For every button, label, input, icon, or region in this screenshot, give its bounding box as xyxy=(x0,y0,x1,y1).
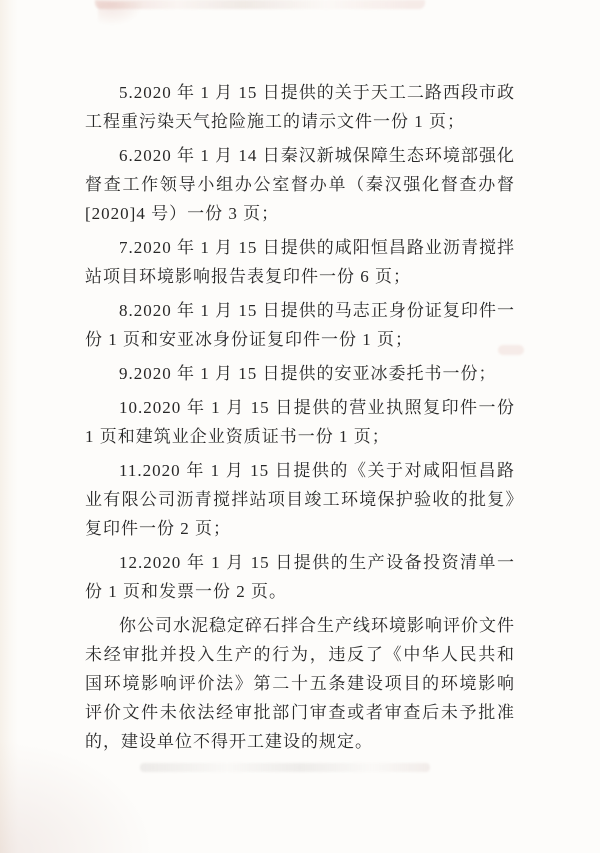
document-body: 5.2020 年 1 月 15 日提供的关于天工二路西段市政工程重污染天气抢险施… xyxy=(85,78,515,761)
scan-artifact-top-edge xyxy=(95,0,425,9)
paragraph-item-6: 6.2020 年 1 月 14 日秦汉新城保障生态环境部强化督查工作领导小组办公… xyxy=(85,141,515,228)
paragraph-item-12: 12.2020 年 1 月 15 日提供的生产设备投资清单一份 1 页和发票一份… xyxy=(85,548,515,606)
paragraph-item-11: 11.2020 年 1 月 15 日提供的《关于对咸阳恒昌路业有限公司沥青搅拌站… xyxy=(85,456,515,543)
paragraph-item-8: 8.2020 年 1 月 15 日提供的马志正身份证复印件一份 1 页和安亚冰身… xyxy=(85,296,515,354)
scanned-document-page: 5.2020 年 1 月 15 日提供的关于天工二路西段市政工程重污染天气抢险施… xyxy=(0,0,600,853)
paragraph-item-5: 5.2020 年 1 月 15 日提供的关于天工二路西段市政工程重污染天气抢险施… xyxy=(85,78,515,136)
scan-artifact-top-left xyxy=(98,2,144,26)
paragraph-conclusion: 你公司水泥稳定碎石拌合生产线环境影响评价文件未经审批并投入生产的行为，违反了《中… xyxy=(85,611,515,756)
paragraph-item-7: 7.2020 年 1 月 15 日提供的咸阳恒昌路业沥青搅拌站项目环境影响报告表… xyxy=(85,233,515,291)
paragraph-item-10: 10.2020 年 1 月 15 日提供的营业执照复印件一份 1 页和建筑业企业… xyxy=(85,393,515,451)
scan-artifact-below-text xyxy=(140,763,430,772)
paragraph-item-9: 9.2020 年 1 月 15 日提供的安亚冰委托书一份； xyxy=(85,359,515,388)
